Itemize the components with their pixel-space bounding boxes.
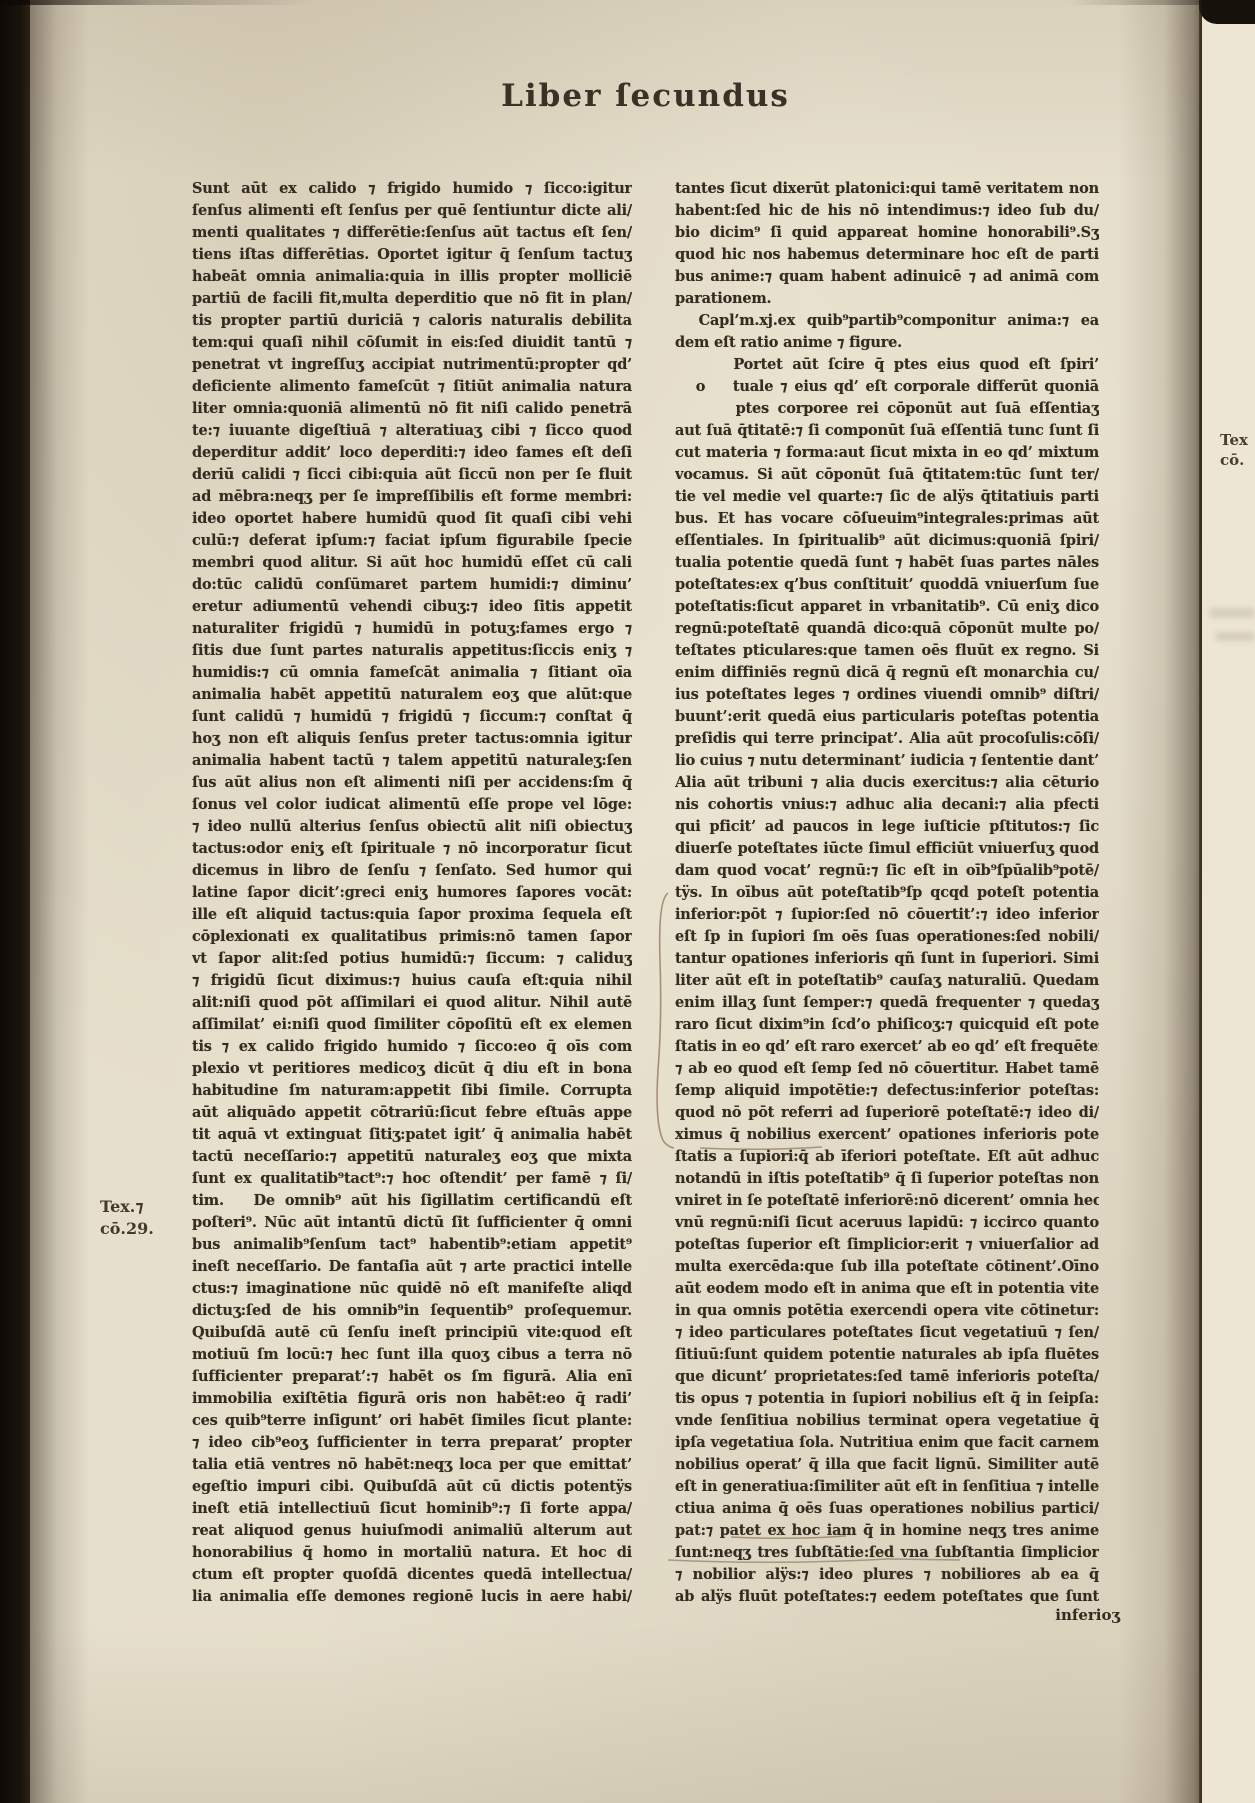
text-line: tactū neceſſario:⁊ appetitū naturaleʒ eo… [192,1146,632,1168]
text-line: animalia habent tactū ⁊ talem appetitū n… [192,750,632,772]
text-line: enim diffiniēs regnū dicā q̄ regnū eſt m… [675,662,1099,684]
text-line: immobilia exiſtētia figurā oris non habē… [192,1388,632,1410]
text-line: qui pficit’ ad paucos in lege iuſticie p… [675,816,1099,838]
text-line: pat:⁊ patet ex hoc iam q̄ in homine neqʒ… [675,1520,1099,1542]
text-line: regnū:poteſtatē quandā dico:quā cōponūt … [675,618,1099,640]
text-line: ipſa vegetatiua ſola. Nutritiua enim que… [675,1432,1099,1454]
text-line: humidis:⁊ cū omnia fameſcāt animalia ⁊ ſ… [192,662,632,684]
text-line: ces quib⁹terre inſigunt’ ori habēt ſimil… [192,1410,632,1432]
text-line: habeāt omnia animalia:quia in illis prop… [192,266,632,288]
margin-note-line: Tex.⁊ [100,1196,190,1218]
text-line: preſidis qui terre principat’. Alia aūt … [675,728,1099,750]
text-line: ⁊ frigidū ſicut diximus:⁊ huius cauſa eſ… [192,970,632,992]
text-line: lio cuius ⁊ nutu determinant’ iudicia ⁊ … [675,750,1099,772]
text-line: dam quod vocat’ regnū:⁊ ſic eſt in oīb⁹ſ… [675,860,1099,882]
text-line: deperditur addit’ loco deperditi:⁊ ideo … [192,442,632,464]
text-line: poteſtatis:ſicut apparet in vrbanitatib⁹… [675,596,1099,618]
text-line: tem:qui quaſi nihil cōſumit in eis:ſed d… [192,332,632,354]
text-line: ineſt etiā intellectiuū ſicut hominib⁹:⁊… [192,1498,632,1520]
text-line: liter aūt eſt in poteſtatib⁹ cauſaʒ natu… [675,970,1099,992]
text-line: cut materia ⁊ forma:aut ſicut mixta in e… [675,442,1099,464]
text-line: poteſtates:ex q’bus conſtituit’ quoddā v… [675,574,1099,596]
text-line: ximus q̄ nobilius exercent’ opationes in… [675,1124,1099,1146]
text-line: egeſtio impuri cibi. Quibuſdā aūt cū dic… [192,1476,632,1498]
text-line: ⁊ nobilior alÿs:⁊ ideo plures ⁊ nobilior… [675,1564,1099,1586]
text-line: quod hic nos habemus determinare hoc eſt… [675,244,1099,266]
text-line: honorabilius q̄ homo in mortaliū natura.… [192,1542,632,1564]
text-line: ille eſt aliquid tactus:quia ſapor proxi… [192,904,632,926]
text-line: multa exercēda:que ſub illa poteſtate cō… [675,1256,1099,1278]
text-line: bus animalib⁹ſenſum tact⁹ habentib⁹:etia… [192,1234,632,1256]
text-line: culū:⁊ deferat ipſum:⁊ faciat ipſum figu… [192,530,632,552]
text-line: Sunt aūt ex calido ⁊ frigido humido ⁊ ſi… [192,178,632,200]
text-line: bio dicim⁹ ſi quid appareat homine honor… [675,222,1099,244]
text-line: vt ſapor alit:ſed potius humidū:⁊ ſiccum… [192,948,632,970]
text-line: ſitis due ſunt partes naturalis appetitu… [192,640,632,662]
text-line: penetrat vt ingreſſuʒ accipiat nutriment… [192,354,632,376]
text-line: ius poteſtates leges ⁊ ordines viuendi o… [675,684,1099,706]
bleedthrough-mark [1210,608,1254,618]
text-line: hoʒ non eſt aliquis ſenſus preter tactus… [192,728,632,750]
text-line: naturaliter frigidū ⁊ humidū in potuʒ:fa… [192,618,632,640]
text-line: membri quod alitur. Si aūt hoc humidū eſ… [192,552,632,574]
text-line: ſtatis in eo qd’ eſt raro exercet’ ab eo… [675,1036,1099,1058]
text-line: poteſtas ſuperior eſt ſimplicior:erit ⁊ … [675,1234,1099,1256]
text-line: tiens iſtas differētias. Oportet igitur … [192,244,632,266]
text-line: tis propter partiū duriciā ⁊ caloris nat… [192,310,632,332]
text-line: bus anime:⁊ quam habent adinuicē ⁊ ad an… [675,266,1099,288]
text-line: dicemus in libro de ſenſu ⁊ ſenſato. Sed… [192,860,632,882]
text-line: alit:niſi quod pōt aſſimilari ei quod al… [192,992,632,1014]
text-line: o tuale ⁊ eius qd’ eſt corporale differū… [675,376,1099,398]
text-line: raro ſicut dixim⁹in ſcd’o phiſicoʒ:⁊ qui… [675,1014,1099,1036]
text-line: in qua omnis potētia exercendi opera vit… [675,1300,1099,1322]
next-page-margin-note: Tex cō. [1220,430,1248,470]
text-column-left: Sunt aūt ex calido ⁊ frigido humido ⁊ ſi… [192,178,632,1608]
text-line: diuerſe poteſtates iūcte ſimul efficiūt … [675,838,1099,860]
text-line: ſemp aliquid impotētie:⁊ defectus:inferi… [675,1080,1099,1102]
text-line: parationem. [675,288,1099,310]
text-line: tit aquā vt extinguat ſitiʒ:patet igit’ … [192,1124,632,1146]
text-line: eretur adiumentū vehendi cibuʒ:⁊ ideo ſi… [192,596,632,618]
text-line: ſonus vel color iudicat alimentū eſſe pr… [192,794,632,816]
text-line: notandū in iſtis poteſtatib⁹ q̄ ſi ſuper… [675,1168,1099,1190]
text-line: eſt in generatiua:ſimiliter aūt eſt in ſ… [675,1476,1099,1498]
text-line: ctiua anima q̄ oēs ſuas operationes nobi… [675,1498,1099,1520]
text-line: vocamus. Si aūt cōponūt ſuā q̄titatem:tū… [675,464,1099,486]
text-line: ideo oportet habere humidū quod ſit quaſ… [192,508,632,530]
text-line: tantes ſicut dixerūt platonici:qui tamē … [675,178,1099,200]
text-line: aſſimilat’ ei:niſi quod ſimiliter cōpoſi… [192,1014,632,1036]
text-line: tis opus ⁊ potentia in ſupiori nobilius … [675,1388,1099,1410]
text-line: plexio vt peritiores medicoʒ dicūt q̄ di… [192,1058,632,1080]
text-line: ſunt calidū ⁊ humidū ⁊ frigidū ⁊ ſiccum:… [192,706,632,728]
catchword: inferioʒ [995,1606,1120,1624]
margin-note-line: cō. [1220,450,1248,470]
text-line: tis ⁊ ex calido frigido humido ⁊ ſicco:e… [192,1036,632,1058]
text-line: quod nō pōt referri ad ſuperiorē poteſta… [675,1102,1099,1124]
text-line: dem eſt ratio anime ⁊ figure. [675,332,1099,354]
text-line: Portet aūt ſcire q̄ ptes eius quod eſt ſ… [675,354,1099,376]
text-line: ſufficienter preparat’:⁊ habēt os ſm fig… [192,1366,632,1388]
text-line: ⁊ ab eo quod eſt ſemp ſed nō cōuertitur.… [675,1058,1099,1080]
text-line: inferior:pōt ⁊ ſupior:ſed nō cōuertit’:⁊… [675,904,1099,926]
scan-top-edge [0,0,1255,5]
text-line: reat aliquod genus huiuſmodi animaliū al… [192,1520,632,1542]
text-line: ſitiuū:ſunt quidem potentie naturales ab… [675,1344,1099,1366]
next-page-edge: Tex cō. [1202,0,1255,1803]
text-line: tualia potentie quedā ſunt ⁊ habēt ſuas … [675,552,1099,574]
text-line: ad mēbra:neqʒ per ſe impreſſibilis eſt f… [192,486,632,508]
text-line: ſunt:neqʒ tres ſubſtātie:ſed vna ſubſtan… [675,1542,1099,1564]
text-line: liter omnia:quoniā alimentū nō fit niſi … [192,398,632,420]
text-line: ctus:⁊ imaginatione nūc quidē nō eſt man… [192,1278,632,1300]
text-line: tie vel medie vel quarte:⁊ ſic de alÿs q… [675,486,1099,508]
text-line: partiū de facili fit,multa deperditio qu… [192,288,632,310]
bleedthrough-mark [1216,632,1254,641]
text-line: tactus:odor eniʒ eſt ſpirituale ⁊ nō inc… [192,838,632,860]
text-line: ptes corporee rei cōponūt aut ſuā eſſent… [675,398,1099,420]
text-line: buunt’:erit quedā eius particularis pote… [675,706,1099,728]
running-title: Liber ſecundus [192,78,1099,114]
text-line: tantur opationes inferioris qñ ſunt in ſ… [675,948,1099,970]
text-line: que dicunt’ proprietates:ſed tamē inferi… [675,1366,1099,1388]
text-line: ſus aūt alius non eſt alimenti niſi per … [192,772,632,794]
text-line: tim. De omnib⁹ aūt his ſigillatim certif… [192,1190,632,1212]
text-line: vnde ſenſitiua nobilius terminat opera v… [675,1410,1099,1432]
text-line: ⁊ ideo cib⁹eoʒ ſufficienter in terra pre… [192,1432,632,1454]
text-line: aūt aliquādo appetit cōtrariū:ſicut febr… [192,1102,632,1124]
text-line: habent:ſed hic de his nō intendimus:⁊ id… [675,200,1099,222]
text-column-right: tantes ſicut dixerūt platonici:qui tamē … [675,178,1099,1608]
text-line: ſtatis a ſupiori:q̄ ab īferiori poteſtat… [675,1146,1099,1168]
text-line: ⁊ ideo particulares poteſtates ſicut veg… [675,1322,1099,1344]
text-line: ineſt neceſſario. De fantaſia aūt ⁊ arte… [192,1256,632,1278]
text-line: ab alÿs fluūt poteſtates:⁊ eedem poteſta… [675,1586,1099,1608]
text-line: deficiente alimento fameſcūt ⁊ ſitiūt an… [192,376,632,398]
text-line: ⁊ ideo nullū alterius ſenſus obiectū ali… [192,816,632,838]
margin-note-citation: Tex.⁊ cō.29. [100,1196,190,1240]
text-line: vnū regnū:niſi ſicut aceruus lapidū: ⁊ i… [675,1212,1099,1234]
text-line: animalia habēt appetitū naturalem eoʒ qu… [192,684,632,706]
text-line: eſſentiales. In ſpiritualib⁹ aūt dicimus… [675,530,1099,552]
text-line: eſt ſp in ſupiori ſm oēs ſuas operatione… [675,926,1099,948]
text-line: talia etiā ventres nō habēt:neqʒ loca pe… [192,1454,632,1476]
text-line: vniret in ſe poteſtatē inferiorē:nō dice… [675,1190,1099,1212]
text-line: enim illaʒ ſunt ſemper:⁊ quedā frequente… [675,992,1099,1014]
scan-corner-shadow [1199,0,1255,24]
text-line: cōplexionati ex qualitatibus primis:nō t… [192,926,632,948]
margin-note-line: cō.29. [100,1218,190,1240]
text-line: tÿs. In oībus aūt poteſtatib⁹ſp qcqd pot… [675,882,1099,904]
book-scan: Tex cō. Liber ſecundus Sunt aūt ex calid… [0,0,1255,1803]
text-line: nobilius operat’ q̄ illa que facit lignū… [675,1454,1099,1476]
page-edge-shadow [30,0,90,1803]
text-line: nis cohortis vnius:⁊ adhuc alia decani:⁊… [675,794,1099,816]
gutter-shadow [1118,0,1202,1803]
text-line: do:tūc calidū conſūmaret partem humidi:⁊… [192,574,632,596]
text-line: Alia aūt tribuni ⁊ alia ducis exercitus:… [675,772,1099,794]
text-line: latine ſapor dicit’:greci eniʒ humores ſ… [192,882,632,904]
text-line: teſtates pticulares:que tamen oēs fluūt … [675,640,1099,662]
margin-note-line: Tex [1220,430,1248,450]
text-line: ctum eſt propter quoſdā dicentes quedā i… [192,1564,632,1586]
text-line: motiuū ſm locū:⁊ hec ſunt illa quoʒ cibu… [192,1344,632,1366]
text-line: deriū calidi ⁊ ſicci cibi:quia aūt ſiccū… [192,464,632,486]
text-line: ſunt ex qualitatib⁹tact⁹:⁊ hoc oſtendit’… [192,1168,632,1190]
text-line: Capl’m.xj.ex quib⁹partib⁹componitur anim… [675,310,1099,332]
book-edge-left [0,0,30,1803]
text-line: dictuʒ:ſed de his omnib⁹in ſequentib⁹ pr… [192,1300,632,1322]
text-line: lia animalia eſſe demones regionē lucis … [192,1586,632,1608]
text-line: habitudine ſm naturam:appetit ſibi ſimil… [192,1080,632,1102]
text-line: aūt eodem modo eſt in anima que eſt in p… [675,1278,1099,1300]
text-line: poſteri⁹. Nūc aūt intantū dictū ſit ſuff… [192,1212,632,1234]
text-line: aut ſuā q̄titatē:⁊ ſi componūt ſuā eſſen… [675,420,1099,442]
text-line: bus. Et has vocare cōſueuim⁹integrales:p… [675,508,1099,530]
text-line: te:⁊ iuuante digeſtiuā ⁊ alteratiuaʒ cib… [192,420,632,442]
text-line: Quibuſdā autē cū ſenſu ineſt principiū v… [192,1322,632,1344]
text-line: ſenſus alimenti eſt ſenſus per quē ſenti… [192,200,632,222]
text-line: menti qualitates ⁊ differētie:ſenſus aūt… [192,222,632,244]
